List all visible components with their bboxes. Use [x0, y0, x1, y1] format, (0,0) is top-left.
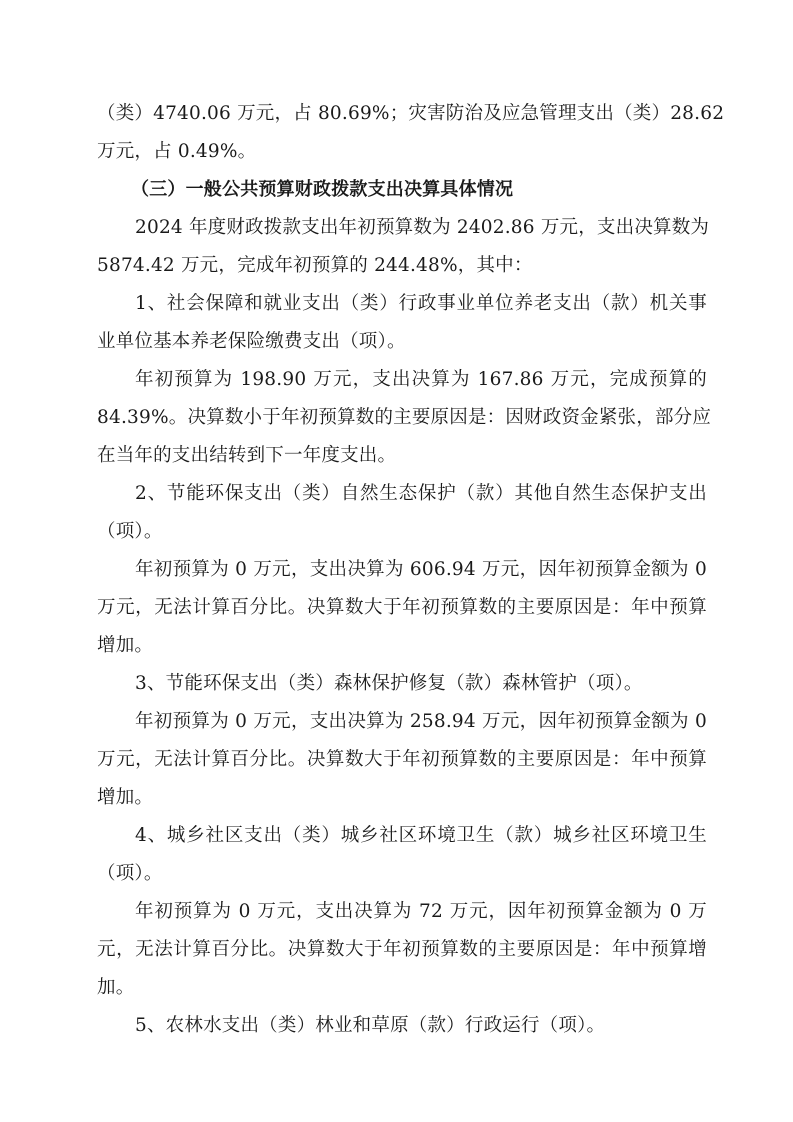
list-item-title: 2、节能环保支出（类）自然生态保护（款）其他自然生态保护支出	[135, 480, 707, 508]
paragraph-line: 万元，占 0.49%。	[97, 138, 256, 166]
paragraph-line: 增加。	[97, 784, 153, 812]
paragraph-line: 年初预算为 198.90 万元，支出决算为 167.86 万元，完成预算的	[135, 366, 707, 394]
paragraph-line: 84.39%。决算数小于年初预算数的主要原因是：因财政资金紧张，部分应	[97, 404, 707, 432]
paragraph-line: 在当年的支出结转到下一年度支出。	[97, 442, 396, 470]
list-item-title: 3、节能环保支出（类）森林保护修复（款）森林管护（项）。	[135, 670, 643, 698]
list-item-title: 5、农林水支出（类）林业和草原（款）行政运行（项）。	[135, 1012, 605, 1040]
paragraph-line: 增加。	[97, 632, 153, 660]
paragraph-line: 年初预算为 0 万元，支出决算为 258.94 万元，因年初预算金额为 0	[135, 708, 707, 736]
paragraph-line: 5874.42 万元，完成年初预算的 244.48%，其中：	[97, 252, 533, 280]
list-item-title: （项）。	[97, 860, 163, 888]
paragraph-line: 加。	[97, 974, 134, 1002]
paragraph-line: 万元，无法计算百分比。决算数大于年初预算数的主要原因是：年中预算	[97, 746, 707, 774]
paragraph-line: 2024 年度财政拨款支出年初预算数为 2402.86 万元，支出决算数为	[135, 214, 707, 242]
paragraph-line: 万元，无法计算百分比。决算数大于年初预算数的主要原因是：年中预算	[97, 594, 707, 622]
section-heading: （三）一般公共预算财政拨款支出决算具体情况	[131, 176, 513, 204]
paragraph-line: 年初预算为 0 万元，支出决算为 72 万元，因年初预算金额为 0 万	[135, 898, 707, 926]
list-item-title: （项）。	[97, 518, 163, 546]
paragraph-line: 年初预算为 0 万元，支出决算为 606.94 万元，因年初预算金额为 0	[135, 556, 707, 584]
paragraph-line: （类）4740.06 万元，占 80.69%；灾害防治及应急管理支出（类）28.…	[97, 100, 707, 128]
paragraph-line: 元，无法计算百分比。决算数大于年初预算数的主要原因是：年中预算增	[97, 936, 707, 964]
list-item-title: 1、社会保障和就业支出（类）行政事业单位养老支出（款）机关事	[135, 290, 707, 318]
list-item-title: 业单位基本养老保险缴费支出（项）。	[97, 328, 406, 356]
list-item-title: 4、城乡社区支出（类）城乡社区环境卫生（款）城乡社区环境卫生	[135, 822, 707, 850]
